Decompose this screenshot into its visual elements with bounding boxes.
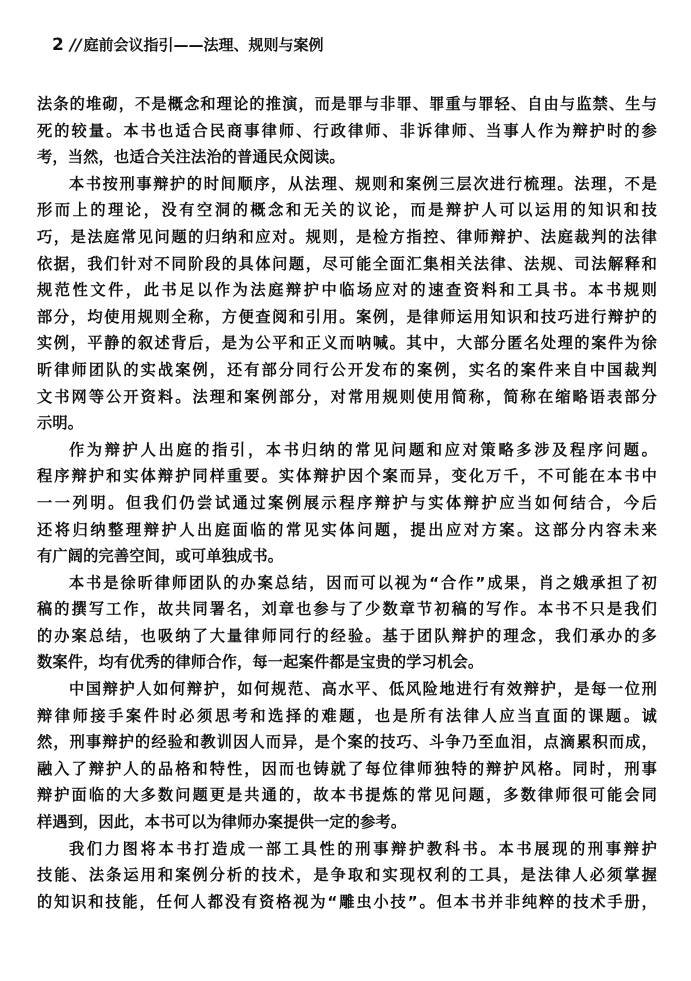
text-line: 数案件，均有优秀的律师合作，每一起案件都是宝贵的学习机会。 xyxy=(37,649,657,676)
text-line: 融入了辩护人的品格和特性，因而也铸就了每位律师独特的辩护风格。同时，刑事 xyxy=(37,756,657,783)
text-line: 巧，是法庭常见问题的归纳和应对。规则，是检方指控、律师辩护、法庭裁判的法律 xyxy=(37,224,657,251)
text-line: 实例，平静的叙述背后，是为公平和正义而呐喊。其中，大部分匿名处理的案件为徐 xyxy=(37,330,657,357)
text-line: 依据，我们针对不同阶段的具体问题，尽可能全面汇集相关法律、法规、司法解释和 xyxy=(37,251,657,278)
text-line: 技能、法条运用和案例分析的技术，是争取和实现权利的工具，是法律人必须掌握 xyxy=(37,862,657,889)
running-header: 2 // 庭前会议指引——法理、规则与案例 xyxy=(52,34,324,56)
running-title: 庭前会议指引——法理、规则与案例 xyxy=(84,34,324,55)
text-line: 程序辩护和实体辩护同样重要。实体辩护因个案而异，变化万千，不可能在本书中 xyxy=(37,463,657,490)
text-line: 示明。 xyxy=(37,410,657,437)
text-line: 规范性文件，此书足以作为法庭辩护中临场应对的速查资料和工具书。本书规则 xyxy=(37,277,657,304)
text-line: 文书网等公开资料。法理和案例部分，对常用规则使用简称，简称在缩略语表部分 xyxy=(37,384,657,411)
text-line: 死的较量。本书也适合民商事律师、行政律师、非诉律师、当事人作为辩护时的参 xyxy=(37,118,657,145)
text-line: 的办案总结，也吸纳了大量律师同行的经验。基于团队辩护的理念，我们承办的多 xyxy=(37,623,657,650)
paragraph-first-line: 我们力图将本书打造成一部工具性的刑事辩护教科书。本书展现的刑事辩护 xyxy=(37,836,657,863)
page-number: 2 xyxy=(52,35,64,55)
text-line: 样遇到，因此，本书可以为律师办案提供一定的参考。 xyxy=(37,809,657,836)
text-line: 昕律师团队的实战案例，还有部分同行公开发布的案例，实名的案件来自中国裁判 xyxy=(37,357,657,384)
text-line: 部分，均使用规则全称，方便查阅和引用。案例，是律师运用知识和技巧进行辩护的 xyxy=(37,304,657,331)
text-line: 形而上的理论，没有空洞的概念和无关的议论，而是辩护人可以运用的知识和技 xyxy=(37,197,657,224)
paragraph-first-line: 作为辩护人出庭的指引，本书归纳的常见问题和应对策略多涉及程序问题。 xyxy=(37,437,657,464)
text-line: 稿的撰写工作，故共同署名，刘章也参与了少数章节初稿的写作。本书不只是我们 xyxy=(37,596,657,623)
text-line: 有广阔的完善空间，或可单独成书。 xyxy=(37,543,657,570)
text-line: 的知识和技能，任何人都没有资格视为“雕虫小技”。但本书并非纯粹的技术手册， xyxy=(37,889,657,916)
text-line: 考，当然，也适合关注法治的普通民众阅读。 xyxy=(37,144,657,171)
text-line: 法条的堆砌，不是概念和理论的推演，而是罪与非罪、罪重与罪轻、自由与监禁、生与 xyxy=(37,91,657,118)
text-line: 一一列明。但我们仍尝试通过案例展示程序辩护与实体辩护应当如何结合，今后 xyxy=(37,490,657,517)
text-line: 辩律师接手案件时必须思考和选择的难题，也是所有法律人应当直面的课题。诚 xyxy=(37,703,657,730)
text-line: 还将归纳整理辩护人出庭面临的常见实体问题，提出应对方案。这部分内容未来 xyxy=(37,517,657,544)
header-separator-icon: // xyxy=(70,35,82,54)
body-text: 法条的堆砌，不是概念和理论的推演，而是罪与非罪、罪重与罪轻、自由与监禁、生与死的… xyxy=(37,91,657,915)
paragraph-first-line: 中国辩护人如何辩护，如何规范、高水平、低风险地进行有效辩护，是每一位刑 xyxy=(37,676,657,703)
paragraph-first-line: 本书是徐昕律师团队的办案总结，因而可以视为“合作”成果，肖之娥承担了初 xyxy=(37,570,657,597)
paragraph-first-line: 本书按刑事辩护的时间顺序，从法理、规则和案例三层次进行梳理。法理，不是 xyxy=(37,171,657,198)
text-line: 辩护面临的大多数问题更是共通的，故本书提炼的常见问题，多数律师很可能会同 xyxy=(37,782,657,809)
text-line: 然，刑事辩护的经验和教训因人而异，是个案的技巧、斗争乃至血泪，点滴累积而成， xyxy=(37,729,657,756)
